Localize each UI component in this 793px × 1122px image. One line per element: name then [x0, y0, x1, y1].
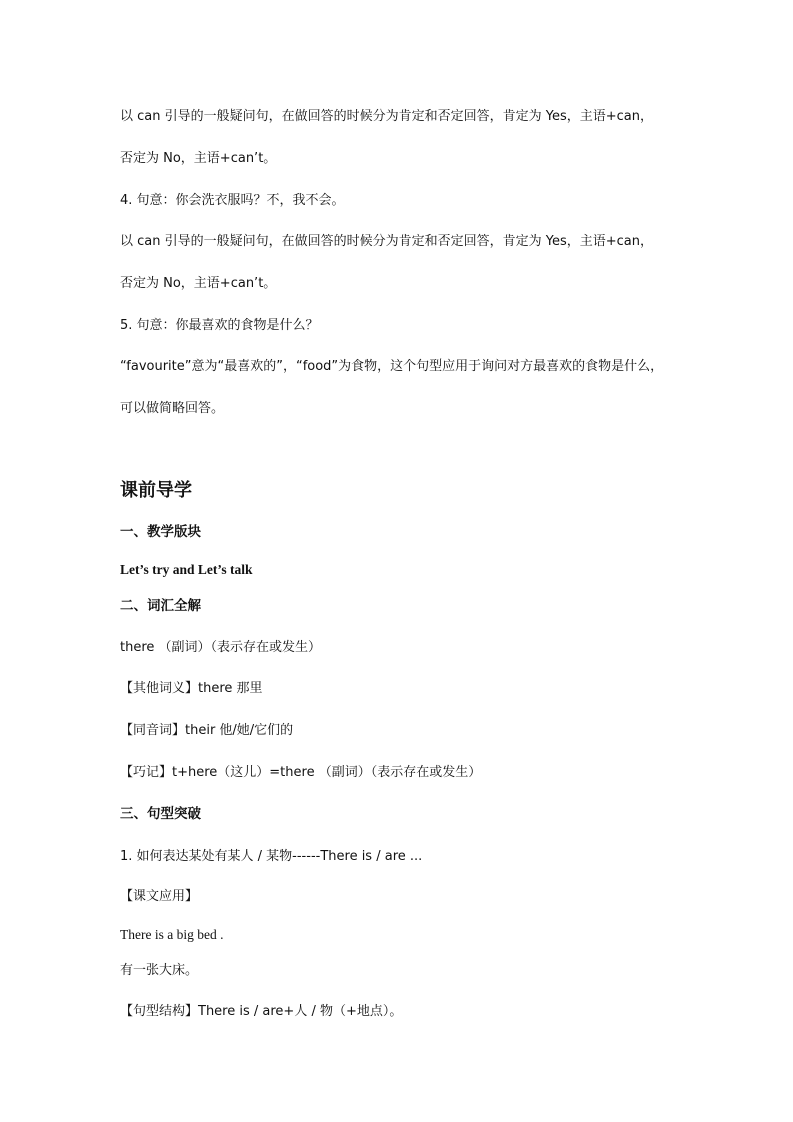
section-heading: 三、句型突破: [120, 805, 201, 823]
pattern-line: 【课文应用】: [120, 888, 198, 906]
paragraph: 否定为 No，主语+can’t。: [120, 275, 276, 293]
section-title: 课前导学: [120, 479, 192, 503]
section-heading: 一、教学版块: [120, 523, 201, 541]
vocab-line: 【同音词】their 他/她/它们的: [120, 722, 293, 740]
vocab-line: 【巧记】t+here（这儿）=there （副词）（表示存在或发生）: [120, 764, 481, 782]
paragraph: “favourite”意为“最喜欢的”，“food”为食物，这个句型应用于询问对…: [120, 358, 663, 376]
paragraph: 以 can 引导的一般疑问句，在做回答的时候分为肯定和否定回答，肯定为 Yes，…: [120, 233, 653, 251]
section-content: Let’s try and Let’s talk: [120, 561, 253, 579]
paragraph: 4. 句意：你会洗衣服吗？不，我不会。: [120, 192, 345, 210]
paragraph: 以 can 引导的一般疑问句，在做回答的时候分为肯定和否定回答，肯定为 Yes，…: [120, 108, 653, 126]
vocab-line: there （副词）（表示存在或发生）: [120, 639, 321, 657]
section-heading: 二、词汇全解: [120, 597, 201, 615]
example-sentence: There is a big bed .: [120, 926, 223, 944]
example-translation: 有一张大床。: [120, 962, 198, 980]
paragraph: 否定为 No，主语+can’t。: [120, 150, 276, 168]
pattern-line: 1. 如何表达某处有某人 / 某物------There is / are ..…: [120, 848, 422, 866]
paragraph: 5. 句意：你最喜欢的食物是什么？: [120, 317, 319, 335]
pattern-line: 【句型结构】There is / are+人 / 物（+地点）。: [120, 1003, 402, 1021]
paragraph: 可以做简略回答。: [120, 400, 224, 418]
vocab-line: 【其他词义】there 那里: [120, 680, 263, 698]
